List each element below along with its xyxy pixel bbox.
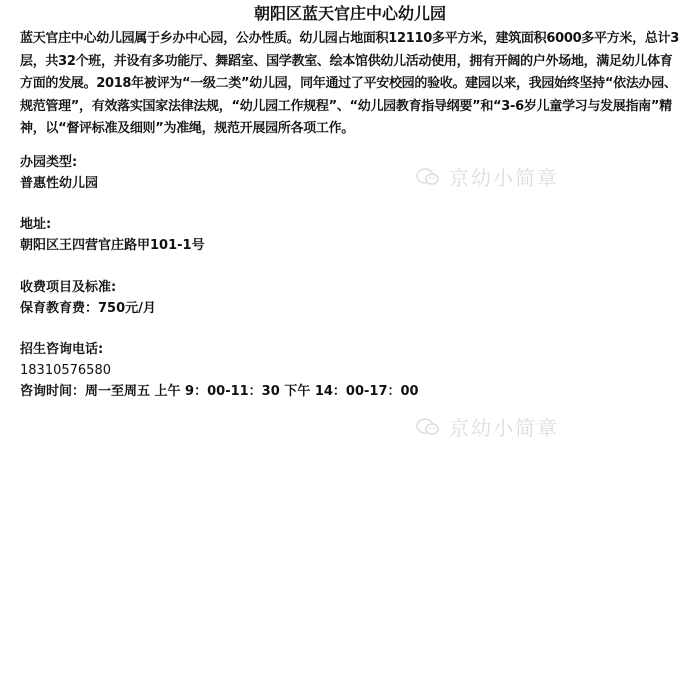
section-fees: 收费项目及标准: 保育教育费：750元/月 — [20, 277, 156, 319]
section-label: 地址: — [20, 214, 205, 235]
section-kindergarten-type: 办园类型: 普惠性幼儿园 — [20, 152, 98, 194]
watermark-text: 京幼小简章 — [449, 412, 559, 441]
consult-hours: 咨询时间：周一至周五 上午 9：00-11：30 下午 14：00-17：00 — [20, 381, 419, 402]
wechat-logo-icon — [415, 417, 441, 437]
section-label: 办园类型: — [20, 152, 98, 173]
section-address: 地址: 朝阳区王四营官庄路甲101-1号 — [20, 214, 205, 256]
section-value: 朝阳区王四营官庄路甲101-1号 — [20, 235, 205, 256]
section-contact: 招生咨询电话: 18310576580 咨询时间：周一至周五 上午 9：00-1… — [20, 339, 419, 402]
section-value: 保育教育费：750元/月 — [20, 298, 156, 319]
intro-paragraph: 蓝天官庄中心幼儿园属于乡办中心园，公办性质。幼儿园占地面积12110多平方米，建… — [20, 28, 680, 141]
watermark-text: 京幼小简章 — [449, 162, 559, 191]
section-value: 普惠性幼儿园 — [20, 173, 98, 194]
phone-number: 18310576580 — [20, 360, 419, 381]
page-title: 朝阳区蓝天官庄中心幼儿园 — [0, 4, 700, 24]
section-label: 招生咨询电话: — [20, 339, 419, 360]
watermark: 京幼小简章 — [415, 162, 559, 191]
watermark: 京幼小简章 — [415, 412, 559, 441]
section-label: 收费项目及标准: — [20, 277, 156, 298]
wechat-logo-icon — [415, 167, 441, 187]
